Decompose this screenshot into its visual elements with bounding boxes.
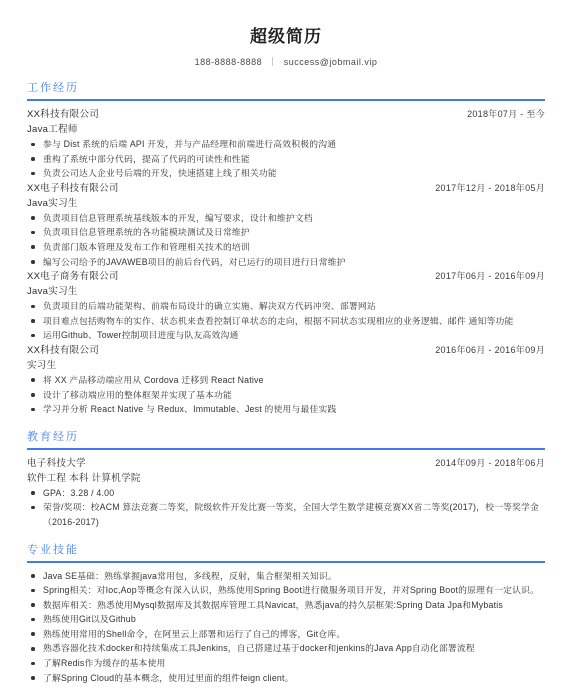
bullet-item: 重构了系统中部分代码，提高了代码的可读性和性能 <box>27 152 545 167</box>
date-range: 2014年09月 - 2018年06月 <box>435 456 545 471</box>
bullet-item: 熟悉容器化技术docker和持续集成工具Jenkins，自己搭建过基于docke… <box>27 641 545 656</box>
entry-bullet-list: 负责项目的后端功能架构、前端布局设计的确立实施、解决双方代码冲突、部署网站项目难… <box>27 299 545 343</box>
date-range: 2017年12月 - 2018年05月 <box>435 181 545 196</box>
role-title: 实习生 <box>27 358 545 373</box>
bullet-item: 负责部门版本管理及发布工作和管理相关技术的培训 <box>27 240 545 255</box>
entry-header: XX电子商务有限公司 2017年06月 - 2016年09月 <box>27 269 545 284</box>
section-title-work: 工作经历 <box>27 81 545 101</box>
bullet-item: 设计了移动端应用的整体框架并实现了基本功能 <box>27 388 545 403</box>
contact-separator: ｜ <box>262 57 284 67</box>
bullet-item: 运用Github、Tower控制项目进度与队友高效沟通 <box>27 328 545 343</box>
entry-bullet-list: 将 XX 产品移动端应用从 Cordova 迁移到 React Native设计… <box>27 373 545 417</box>
resume-title: 超级简历 <box>27 26 545 48</box>
work-entries: XX科技有限公司 2018年07月 - 至今 Java工程师 参与 Dist 系… <box>27 101 545 417</box>
date-range: 2016年06月 - 2016年09月 <box>435 343 545 358</box>
organization-name: XX电子科技有限公司 <box>27 181 119 196</box>
date-range: 2017年06月 - 2016年09月 <box>435 269 545 284</box>
experience-entry: 电子科技大学 2014年09月 - 2018年06月 软件工程 本科 计算机学院… <box>27 456 545 530</box>
organization-name: 电子科技大学 <box>27 456 86 471</box>
experience-entry: XX科技有限公司 2016年06月 - 2016年09月 实习生 将 XX 产品… <box>27 343 545 417</box>
bullet-item: Spring相关：对Ioc,Aop等概念有深入认识，熟练使用Spring Boo… <box>27 583 545 598</box>
contact-line: 188-8888-8888｜success@jobmail.vip <box>27 56 545 68</box>
role-title: 软件工程 本科 计算机学院 <box>27 471 545 486</box>
entry-bullet-list: 参与 Dist 系统的后端 API 开发，并与产品经理和前端进行高效积极的沟通重… <box>27 137 545 181</box>
entry-header: XX科技有限公司 2018年07月 - 至今 <box>27 107 545 122</box>
role-title: Java实习生 <box>27 284 545 299</box>
bullet-item: 熟练使用Git以及Github <box>27 612 545 627</box>
entry-bullet-list: 负责项目信息管理系统基线版本的开发，编写要求，设计和维护文档负责项目信息管理系统… <box>27 211 545 269</box>
section-work: 工作经历 XX科技有限公司 2018年07月 - 至今 Java工程师 参与 D… <box>27 81 545 417</box>
organization-name: XX科技有限公司 <box>27 343 99 358</box>
section-title-education: 教育经历 <box>27 430 545 450</box>
bullet-item: 熟练使用常用的Shell命令，在阿里云上部署和运行了自己的博客，Git仓库。 <box>27 627 545 642</box>
organization-name: XX电子商务有限公司 <box>27 269 119 284</box>
experience-entry: XX电子商务有限公司 2017年06月 - 2016年09月 Java实习生 负… <box>27 269 545 343</box>
skills-bullet-list: Java SE基础：熟练掌握java常用包，多线程，反射，集合框架相关知识。Sp… <box>27 569 545 686</box>
organization-name: XX科技有限公司 <box>27 107 99 122</box>
bullet-item: 参与 Dist 系统的后端 API 开发，并与产品经理和前端进行高效积极的沟通 <box>27 137 545 152</box>
bullet-item: Java SE基础：熟练掌握java常用包，多线程，反射，集合框架相关知识。 <box>27 569 545 584</box>
bullet-item: 编写公司给予的JAVAWEB项目的前后台代码，对已运行的项目进行日常维护 <box>27 255 545 270</box>
date-range: 2018年07月 - 至今 <box>467 107 545 122</box>
role-title: Java实习生 <box>27 196 545 211</box>
bullet-item: 将 XX 产品移动端应用从 Cordova 迁移到 React Native <box>27 373 545 388</box>
bullet-item: 学习并分析 React Native 与 Redux、Immutable、Jes… <box>27 402 545 417</box>
bullet-item: 了解Redis作为缓存的基本使用 <box>27 656 545 671</box>
section-title-skills: 专业技能 <box>27 543 545 563</box>
resume-page: 超级简历 188-8888-8888｜success@jobmail.vip 工… <box>0 0 572 688</box>
bullet-item: 负责项目信息管理系统的各功能模块测试及日常维护 <box>27 225 545 240</box>
bullet-item: 负责项目的后端功能架构、前端布局设计的确立实施、解决双方代码冲突、部署网站 <box>27 299 545 314</box>
bullet-item: 数据库相关：熟悉使用Mysql数据库及其数据库管理工具Navicat，熟悉jav… <box>27 598 545 613</box>
bullet-item: 负责项目信息管理系统基线版本的开发，编写要求，设计和维护文档 <box>27 211 545 226</box>
email-address: success@jobmail.vip <box>284 57 378 67</box>
bullet-item: 负责公司达人企业号后端的开发，快速搭建上线了相关功能 <box>27 166 545 181</box>
entry-header: XX科技有限公司 2016年06月 - 2016年09月 <box>27 343 545 358</box>
bullet-item: GPA：3.28 / 4.00 <box>27 486 545 501</box>
bullet-item: 了解Spring Cloud的基本概念，使用过里面的组件feign client… <box>27 671 545 686</box>
phone-number: 188-8888-8888 <box>195 57 263 67</box>
experience-entry: XX科技有限公司 2018年07月 - 至今 Java工程师 参与 Dist 系… <box>27 107 545 181</box>
role-title: Java工程师 <box>27 122 545 137</box>
bullet-item: 项目难点包括购物车的实作、状态机来查看控制订单状态的走向，根据不同状态实现相应的… <box>27 314 545 329</box>
section-education: 教育经历 电子科技大学 2014年09月 - 2018年06月 软件工程 本科 … <box>27 430 545 530</box>
entry-header: 电子科技大学 2014年09月 - 2018年06月 <box>27 456 545 471</box>
bullet-item: 荣誉/奖项：校ACM 算法竞赛二等奖，院级软件开发比赛一等奖，全国大学生数学建模… <box>27 500 545 529</box>
education-entries: 电子科技大学 2014年09月 - 2018年06月 软件工程 本科 计算机学院… <box>27 450 545 530</box>
entry-bullet-list: GPA：3.28 / 4.00荣誉/奖项：校ACM 算法竞赛二等奖，院级软件开发… <box>27 486 545 530</box>
entry-header: XX电子科技有限公司 2017年12月 - 2018年05月 <box>27 181 545 196</box>
experience-entry: XX电子科技有限公司 2017年12月 - 2018年05月 Java实习生 负… <box>27 181 545 269</box>
section-skills: 专业技能 Java SE基础：熟练掌握java常用包，多线程，反射，集合框架相关… <box>27 543 545 686</box>
